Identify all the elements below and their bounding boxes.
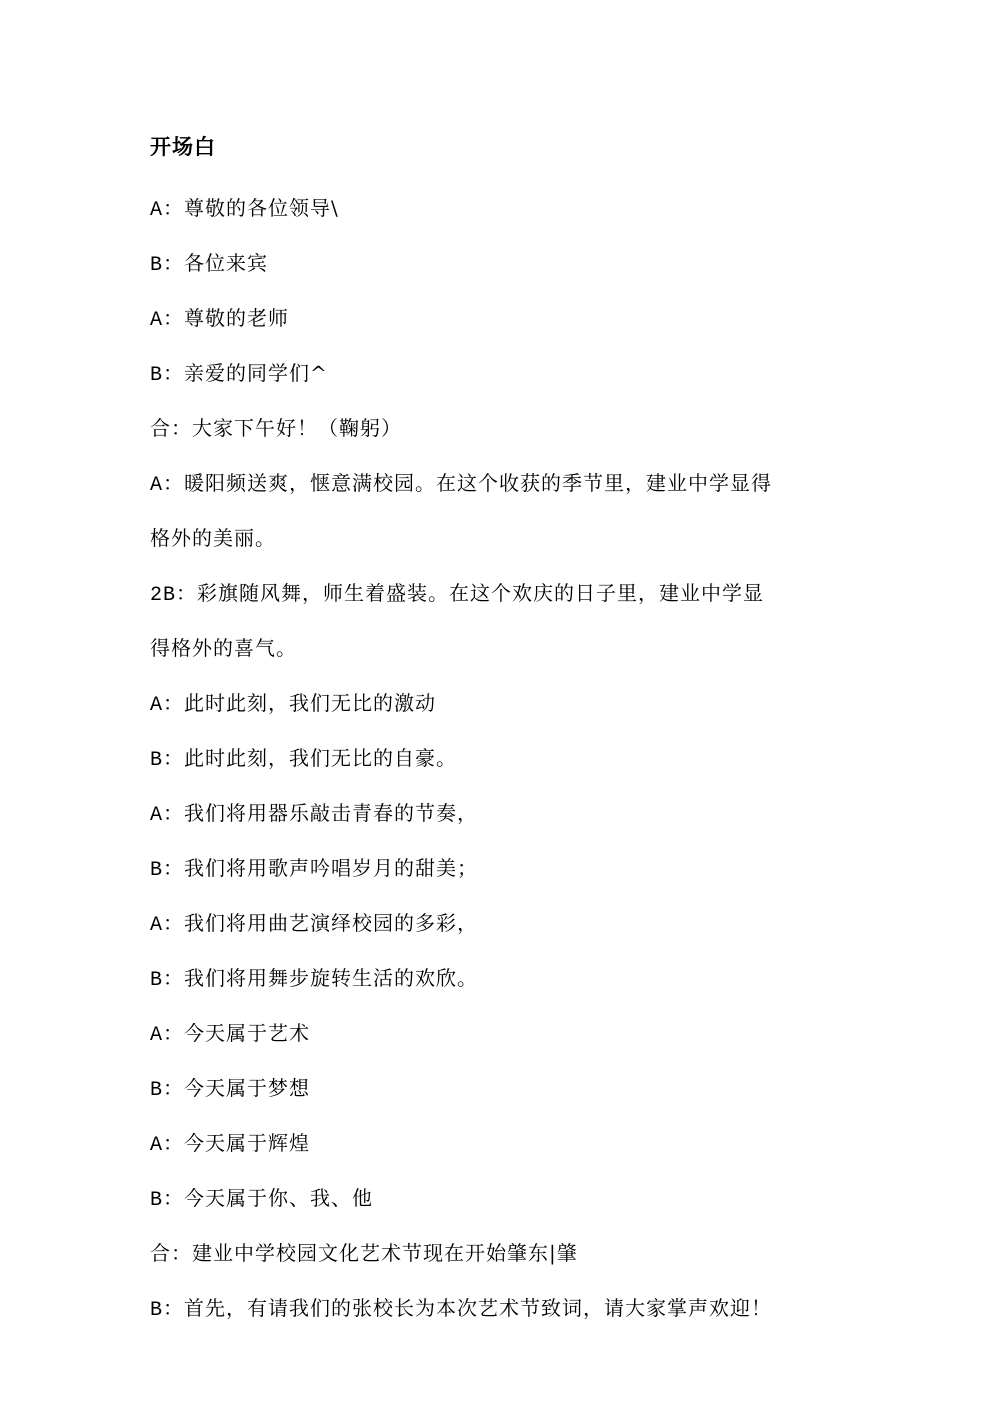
document-page: 开场白 A：尊敬的各位领导\ B：各位来宾 A：尊敬的老师 B：亲爱的同学们^ … — [0, 0, 993, 1404]
line-text: 我们将用曲艺演绎校园的多彩， — [184, 911, 478, 935]
speaker-label: A： — [150, 1134, 184, 1157]
script-line: B：我们将用歌声吟唱岁月的甜美； — [150, 842, 840, 897]
line-text: 我们将用歌声吟唱岁月的甜美； — [184, 856, 478, 880]
line-text: 此时此刻，我们无比的自豪。 — [184, 746, 457, 770]
document-body: 开场白 A：尊敬的各位领导\ B：各位来宾 A：尊敬的老师 B：亲爱的同学们^ … — [150, 130, 840, 1337]
line-text: 尊敬的各位领导\ — [184, 196, 339, 220]
speaker-label: A： — [150, 199, 184, 222]
speaker-label: B： — [150, 859, 184, 882]
speaker-label: B： — [150, 969, 184, 992]
line-text: 尊敬的老师 — [184, 306, 289, 330]
speaker-label: B： — [150, 1079, 184, 1102]
script-line: B：亲爱的同学们^ — [150, 347, 840, 402]
script-line-continuation: 得格外的喜气。 — [150, 622, 840, 677]
speaker-label: 2B： — [150, 584, 197, 607]
script-line: 2B：彩旗随风舞，师生着盛装。在这个欢庆的日子里，建业中学显 — [150, 567, 840, 622]
speaker-label: B： — [150, 1189, 184, 1212]
script-line: A：此时此刻，我们无比的激动 — [150, 677, 840, 732]
line-text: 格外的美丽。 — [150, 526, 276, 550]
line-text: 亲爱的同学们^ — [184, 361, 328, 385]
line-text: 今天属于你、我、他 — [184, 1186, 373, 1210]
speaker-label: 合： — [150, 419, 192, 442]
script-line: A：我们将用器乐敲击青春的节奏， — [150, 787, 840, 842]
script-line: B：今天属于梦想 — [150, 1062, 840, 1117]
line-text: 我们将用器乐敲击青春的节奏， — [184, 801, 478, 825]
speaker-label: B： — [150, 364, 184, 387]
document-title: 开场白 — [150, 130, 840, 164]
script-line-continuation: 格外的美丽。 — [150, 512, 840, 567]
script-line: B：各位来宾 — [150, 237, 840, 292]
line-text: 各位来宾 — [184, 251, 268, 275]
speaker-label: A： — [150, 474, 184, 497]
line-text: 暖阳频送爽，惬意满校园。在这个收获的季节里，建业中学显得 — [184, 471, 772, 495]
speaker-label: A： — [150, 804, 184, 827]
speaker-label: A： — [150, 694, 184, 717]
line-text: 我们将用舞步旋转生活的欢欣。 — [184, 966, 478, 990]
script-line: A：今天属于辉煌 — [150, 1117, 840, 1172]
speaker-label: 合： — [150, 1244, 192, 1267]
speaker-label: B： — [150, 749, 184, 772]
line-text: 建业中学校园文化艺术节现在开始肇东|肇 — [192, 1241, 578, 1265]
line-text: 今天属于艺术 — [184, 1021, 310, 1045]
script-line: B：今天属于你、我、他 — [150, 1172, 840, 1227]
line-text: 今天属于辉煌 — [184, 1131, 310, 1155]
line-text: 彩旗随风舞，师生着盛装。在这个欢庆的日子里，建业中学显 — [197, 581, 764, 605]
script-line: B：首先，有请我们的张校长为本次艺术节致词，请大家掌声欢迎！ — [150, 1282, 840, 1337]
line-text: 得格外的喜气。 — [150, 636, 297, 660]
line-text: 大家下午好！（鞠躬） — [192, 416, 402, 440]
speaker-label: B： — [150, 254, 184, 277]
speaker-label: A： — [150, 309, 184, 332]
script-line: B：我们将用舞步旋转生活的欢欣。 — [150, 952, 840, 1007]
line-text: 此时此刻，我们无比的激动 — [184, 691, 436, 715]
script-line: A：尊敬的老师 — [150, 292, 840, 347]
script-line: A：我们将用曲艺演绎校园的多彩， — [150, 897, 840, 952]
script-line: B：此时此刻，我们无比的自豪。 — [150, 732, 840, 787]
script-line: A：今天属于艺术 — [150, 1007, 840, 1062]
speaker-label: A： — [150, 914, 184, 937]
line-text: 今天属于梦想 — [184, 1076, 310, 1100]
speaker-label: B： — [150, 1299, 184, 1322]
script-line: A：尊敬的各位领导\ — [150, 182, 840, 237]
script-line: 合：大家下午好！（鞠躬） — [150, 402, 840, 457]
line-text: 首先，有请我们的张校长为本次艺术节致词，请大家掌声欢迎！ — [184, 1296, 772, 1320]
script-line: 合：建业中学校园文化艺术节现在开始肇东|肇 — [150, 1227, 840, 1282]
speaker-label: A： — [150, 1024, 184, 1047]
script-line: A：暖阳频送爽，惬意满校园。在这个收获的季节里，建业中学显得 — [150, 457, 840, 512]
